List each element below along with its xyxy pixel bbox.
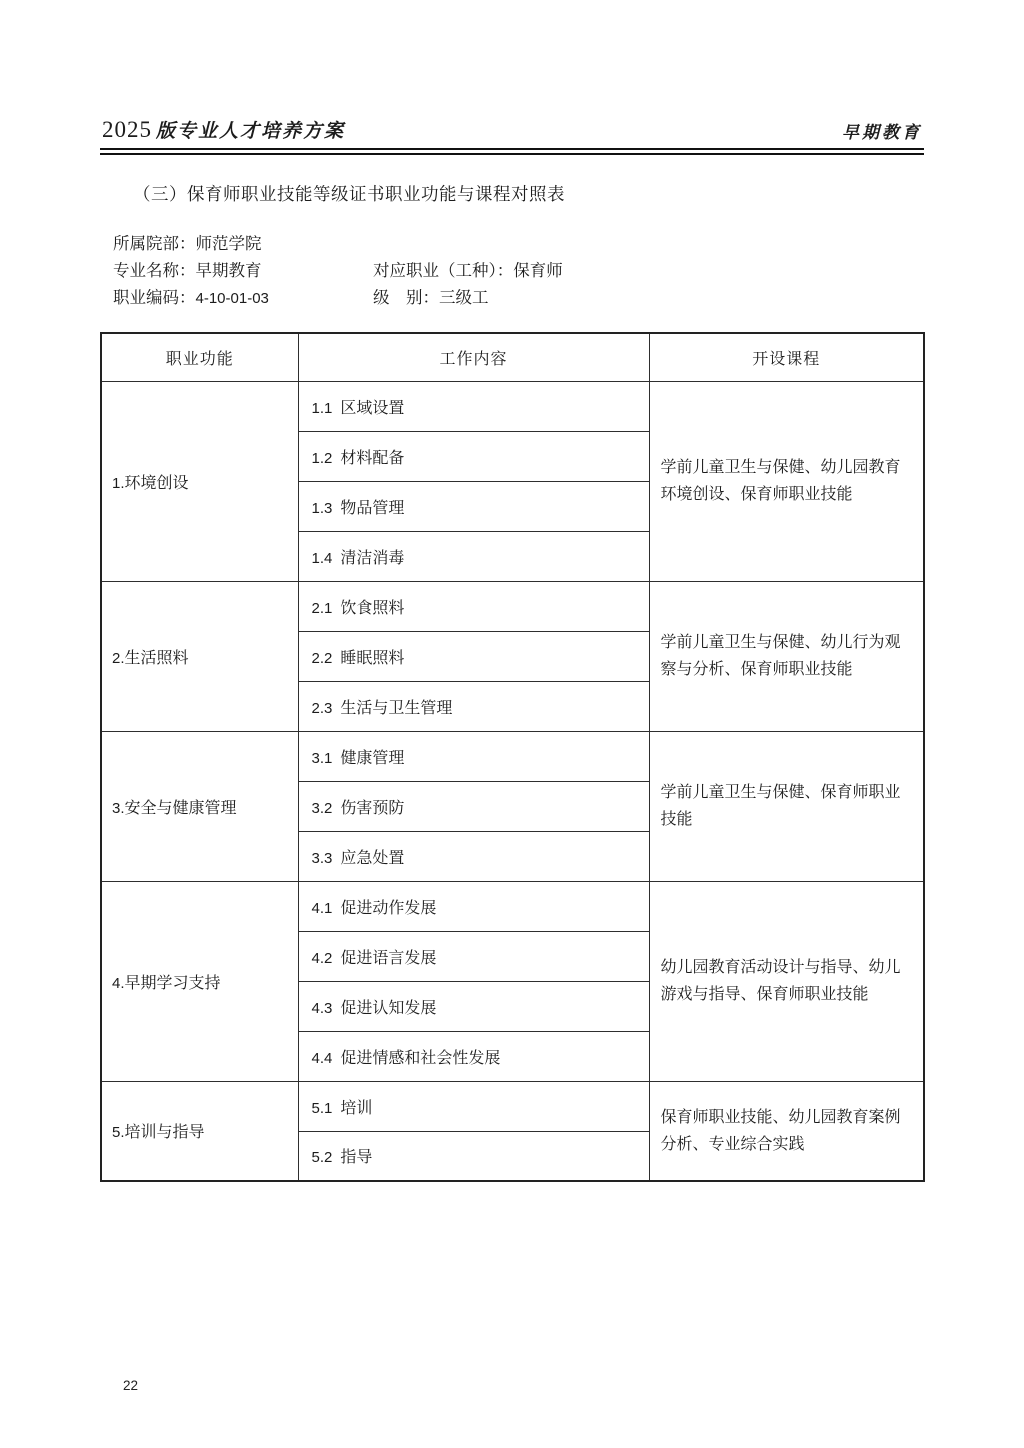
work-item-text: 生活与卫生管理 [340,700,452,717]
work-item-number: 1.2 [312,450,333,467]
function-text: 早期学习支持 [125,975,221,992]
work-item-number: 4.1 [312,900,333,917]
function-cell: 1.环境创设 [101,381,298,581]
department-label: 所属院部： [113,234,196,253]
table-row: 1.环境创设1.1区域设置学前儿童卫生与保健、幼儿园教育环境创设、保育师职业技能 [101,381,924,431]
work-item-text: 材料配备 [340,450,404,467]
header-year: 2025 [102,117,152,142]
work-item-text: 培训 [340,1100,372,1117]
table-header: 职业功能 工作内容 开设课程 [101,333,924,381]
work-item-text: 应急处置 [340,850,404,867]
header-left-title: 版专业人才培养方案 [156,121,345,142]
skill-course-table: 职业功能 工作内容 开设课程 1.环境创设1.1区域设置学前儿童卫生与保健、幼儿… [100,332,925,1182]
function-number: 1. [112,475,125,492]
work-item-cell: 1.2材料配备 [298,431,649,481]
work-item-number: 4.4 [312,1050,333,1067]
function-cell: 5.培训与指导 [101,1081,298,1181]
work-item-text: 指导 [340,1149,372,1166]
info-line-major: 专业名称：早期教育对应职业（工种）：保育师 [113,257,924,284]
work-item-text: 健康管理 [340,750,404,767]
work-item-cell: 4.2促进语言发展 [298,931,649,981]
header-cell-courses: 开设课程 [649,333,924,381]
skill-table-body: 1.环境创设1.1区域设置学前儿童卫生与保健、幼儿园教育环境创设、保育师职业技能… [101,381,924,1181]
info-line-department: 所属院部：师范学院 [113,230,924,257]
function-number: 3. [112,800,125,817]
function-text: 环境创设 [125,475,189,492]
work-item-cell: 4.3促进认知发展 [298,981,649,1031]
code-segment: 职业编码：4-10-01-03 [113,284,373,312]
table-row: 2.生活照料2.1饮食照料学前儿童卫生与保健、幼儿行为观察与分析、保育师职业技能 [101,581,924,631]
work-item-cell: 1.1区域设置 [298,381,649,431]
function-text: 培训与指导 [125,1124,205,1141]
level-value: 三级工 [439,288,489,307]
occupation-label: 对应职业（工种）： [373,261,513,280]
function-number: 4. [112,975,125,992]
function-cell: 4.早期学习支持 [101,881,298,1081]
courses-cell: 幼儿园教育活动设计与指导、幼儿游戏与指导、保育师职业技能 [649,881,924,1081]
code-value: 4-10-01-03 [196,290,269,307]
table-row: 5.培训与指导5.1培训保育师职业技能、幼儿园教育案例分析、专业综合实践 [101,1081,924,1131]
table-row: 4.早期学习支持4.1促进动作发展幼儿园教育活动设计与指导、幼儿游戏与指导、保育… [101,881,924,931]
function-cell: 3.安全与健康管理 [101,731,298,881]
courses-cell: 学前儿童卫生与保健、保育师职业技能 [649,731,924,881]
work-item-text: 饮食照料 [340,600,404,617]
work-item-text: 清洁消毒 [340,550,404,567]
header-cell-function: 职业功能 [101,333,298,381]
work-item-number: 1.1 [312,400,333,417]
header-cell-work: 工作内容 [298,333,649,381]
work-item-cell: 2.3生活与卫生管理 [298,681,649,731]
document-page: 2025 版专业人才培养方案 早期教育 （三）保育师职业技能等级证书职业功能与课… [0,0,1024,1448]
work-item-cell: 3.3应急处置 [298,831,649,881]
work-item-cell: 4.1促进动作发展 [298,881,649,931]
work-item-number: 4.3 [312,1000,333,1017]
header-row: 2025 版专业人才培养方案 早期教育 [100,116,924,143]
level-label: 级 别： [373,288,439,307]
work-item-number: 3.1 [312,750,333,767]
page-header: 2025 版专业人才培养方案 早期教育 [100,116,924,155]
code-label: 职业编码： [113,288,196,307]
info-block: 所属院部：师范学院 专业名称：早期教育对应职业（工种）：保育师 职业编码：4-1… [100,230,924,312]
work-item-number: 2.1 [312,600,333,617]
work-item-text: 促进情感和社会性发展 [340,1050,500,1067]
work-item-cell: 3.2伤害预防 [298,781,649,831]
work-item-cell: 1.4清洁消毒 [298,531,649,581]
function-number: 5. [112,1124,125,1141]
work-item-number: 5.1 [312,1100,333,1117]
function-cell: 2.生活照料 [101,581,298,731]
function-text: 生活照料 [125,650,189,667]
work-item-text: 睡眠照料 [340,650,404,667]
major-label: 专业名称： [113,261,196,280]
info-line-code: 职业编码：4-10-01-03级 别：三级工 [113,284,924,312]
work-item-text: 物品管理 [340,500,404,517]
work-item-number: 1.3 [312,500,333,517]
major-segment: 专业名称：早期教育 [113,257,373,284]
work-item-number: 1.4 [312,550,333,567]
header-left: 2025 版专业人才培养方案 [102,116,345,143]
function-text: 安全与健康管理 [125,800,237,817]
work-item-text: 促进认知发展 [340,1000,436,1017]
table-header-row: 职业功能 工作内容 开设课程 [101,333,924,381]
work-item-number: 5.2 [312,1149,333,1166]
work-item-number: 3.2 [312,800,333,817]
courses-cell: 学前儿童卫生与保健、幼儿行为观察与分析、保育师职业技能 [649,581,924,731]
major-value: 早期教育 [196,261,262,280]
work-item-text: 促进动作发展 [340,900,436,917]
page-content: 2025 版专业人才培养方案 早期教育 （三）保育师职业技能等级证书职业功能与课… [100,0,924,1182]
courses-cell: 学前儿童卫生与保健、幼儿园教育环境创设、保育师职业技能 [649,381,924,581]
work-item-number: 4.2 [312,950,333,967]
work-item-text: 伤害预防 [340,800,404,817]
table-row: 3.安全与健康管理3.1健康管理学前儿童卫生与保健、保育师职业技能 [101,731,924,781]
page-number: 22 [123,1378,138,1393]
header-right: 早期教育 [842,118,922,143]
work-item-cell: 5.1培训 [298,1081,649,1131]
occupation-value: 保育师 [513,261,563,280]
work-item-text: 促进语言发展 [340,950,436,967]
header-double-rule [100,148,924,155]
work-item-number: 2.2 [312,650,333,667]
department-value: 师范学院 [196,234,262,253]
function-number: 2. [112,650,125,667]
work-item-number: 3.3 [312,850,333,867]
work-item-text: 区域设置 [340,400,404,417]
courses-cell: 保育师职业技能、幼儿园教育案例分析、专业综合实践 [649,1081,924,1181]
section-title: （三）保育师职业技能等级证书职业功能与课程对照表 [100,181,924,206]
header-right-title: 早期教育 [842,123,922,142]
work-item-cell: 1.3物品管理 [298,481,649,531]
work-item-number: 2.3 [312,700,333,717]
work-item-cell: 2.2睡眠照料 [298,631,649,681]
work-item-cell: 3.1健康管理 [298,731,649,781]
work-item-cell: 4.4促进情感和社会性发展 [298,1031,649,1081]
work-item-cell: 5.2指导 [298,1131,649,1181]
work-item-cell: 2.1饮食照料 [298,581,649,631]
